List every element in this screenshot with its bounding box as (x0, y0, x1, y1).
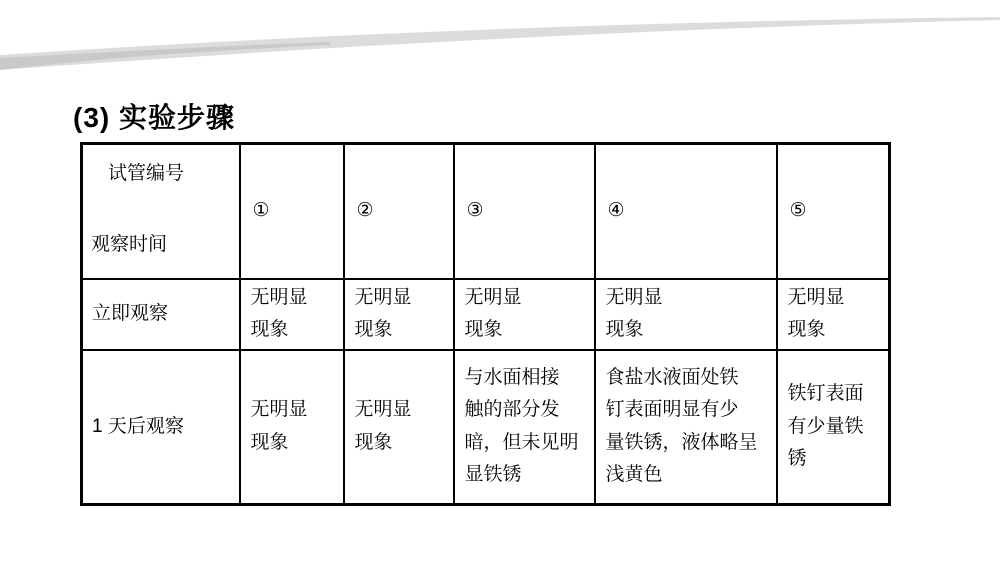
corner-label-tube-number: 试管编号 (108, 158, 184, 190)
row-label-immediate: 立即观察 (82, 279, 240, 350)
slide: (3) 实验步骤 试管编号 观察时间 ① ② ③ ④ ⑤ 立即 (0, 0, 1000, 563)
table-header-row: 试管编号 观察时间 ① ② ③ ④ ⑤ (82, 144, 890, 279)
swoosh-ribbon (0, 17, 1000, 70)
cell-immediate-tube-1: 无明显 现象 (240, 279, 344, 350)
cell-immediate-tube-3: 无明显 现象 (454, 279, 595, 350)
row-label-after-1-day: 1 天后观察 (82, 350, 240, 505)
column-header-tube-1: ① (240, 144, 344, 279)
cell-immediate-tube-5: 无明显 现象 (777, 279, 890, 350)
column-header-tube-5: ⑤ (777, 144, 890, 279)
cell-immediate-tube-2: 无明显 现象 (344, 279, 454, 350)
page-title: (3) 实验步骤 (73, 96, 235, 136)
cell-day-tube-2: 无明显 现象 (344, 350, 454, 505)
cell-day-tube-5: 铁钉表面 有少量铁 锈 (777, 350, 890, 505)
experiment-table: 试管编号 观察时间 ① ② ③ ④ ⑤ 立即观察 无明显 现象 无明显 现象 无… (80, 142, 891, 506)
column-header-tube-2: ② (344, 144, 454, 279)
cell-day-tube-1: 无明显 现象 (240, 350, 344, 505)
cell-day-tube-3: 与水面相接 触的部分发 暗，但未见明 显铁锈 (454, 350, 595, 505)
swoosh-decoration (0, 0, 1000, 100)
table-row-immediate: 立即观察 无明显 现象 无明显 现象 无明显 现象 无明显 现象 无明显 现象 (82, 279, 890, 350)
column-header-tube-3: ③ (454, 144, 595, 279)
cell-day-tube-4: 食盐水液面处铁 钉表面明显有少 量铁锈，液体略呈 浅黄色 (595, 350, 777, 505)
cell-immediate-tube-4: 无明显 现象 (595, 279, 777, 350)
corner-label-observe-time: 观察时间 (91, 229, 167, 261)
table-row-after-1-day: 1 天后观察 无明显 现象 无明显 现象 与水面相接 触的部分发 暗，但未见明 … (82, 350, 890, 505)
column-header-tube-4: ④ (595, 144, 777, 279)
corner-cell: 试管编号 观察时间 (82, 144, 240, 279)
